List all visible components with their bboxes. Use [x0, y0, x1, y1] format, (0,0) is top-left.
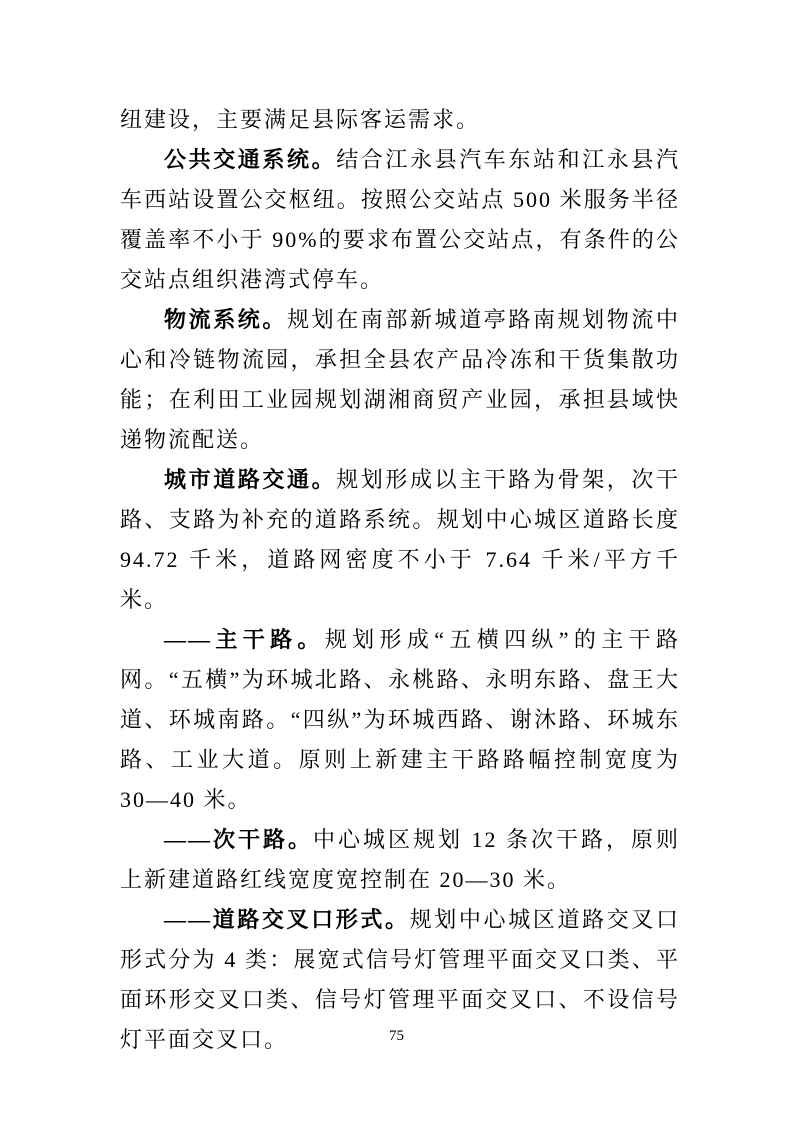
paragraph: 城市道路交通。规划形成以主干路为骨架，次干路、支路为补充的道路系统。规划中心城区… — [120, 460, 680, 620]
page-number: 75 — [0, 1026, 793, 1046]
heading-bold-run: ——次干路。 — [164, 827, 313, 852]
paragraph: 公共交通系统。结合江永县汽车东站和江永县汽车西站设置公交枢纽。按照公交站点 50… — [120, 140, 680, 300]
document-body: 纽建设，主要满足县际客运需求。公共交通系统。结合江永县汽车东站和江永县汽车西站设… — [120, 100, 680, 1060]
paragraph: ——次干路。中心城区规划 12 条次干路，原则上新建道路红线宽度宽控制在 20—… — [120, 820, 680, 900]
heading-bold-run: 公共交通系统。 — [164, 147, 336, 172]
heading-bold-run: 城市道路交通。 — [164, 467, 336, 492]
heading-bold-run: ——道路交叉口形式。 — [164, 907, 410, 932]
heading-bold-run: ——主干路。 — [164, 627, 325, 652]
paragraph: 物流系统。规划在南部新城道亭路南规划物流中心和冷链物流园，承担全县农产品冷冻和干… — [120, 300, 680, 460]
paragraph: 纽建设，主要满足县际客运需求。 — [120, 100, 680, 140]
heading-bold-run: 物流系统。 — [164, 307, 287, 332]
text-run: 纽建设，主要满足县际客运需求。 — [120, 107, 480, 132]
text-run: 规划形成“五横四纵”的主干路网。“五横”为环城北路、永桃路、永明东路、盘王大道、… — [120, 627, 680, 812]
document-page: 纽建设，主要满足县际客运需求。公共交通系统。结合江永县汽车东站和江永县汽车西站设… — [0, 0, 793, 1122]
paragraph: ——主干路。规划形成“五横四纵”的主干路网。“五横”为环城北路、永桃路、永明东路… — [120, 620, 680, 820]
